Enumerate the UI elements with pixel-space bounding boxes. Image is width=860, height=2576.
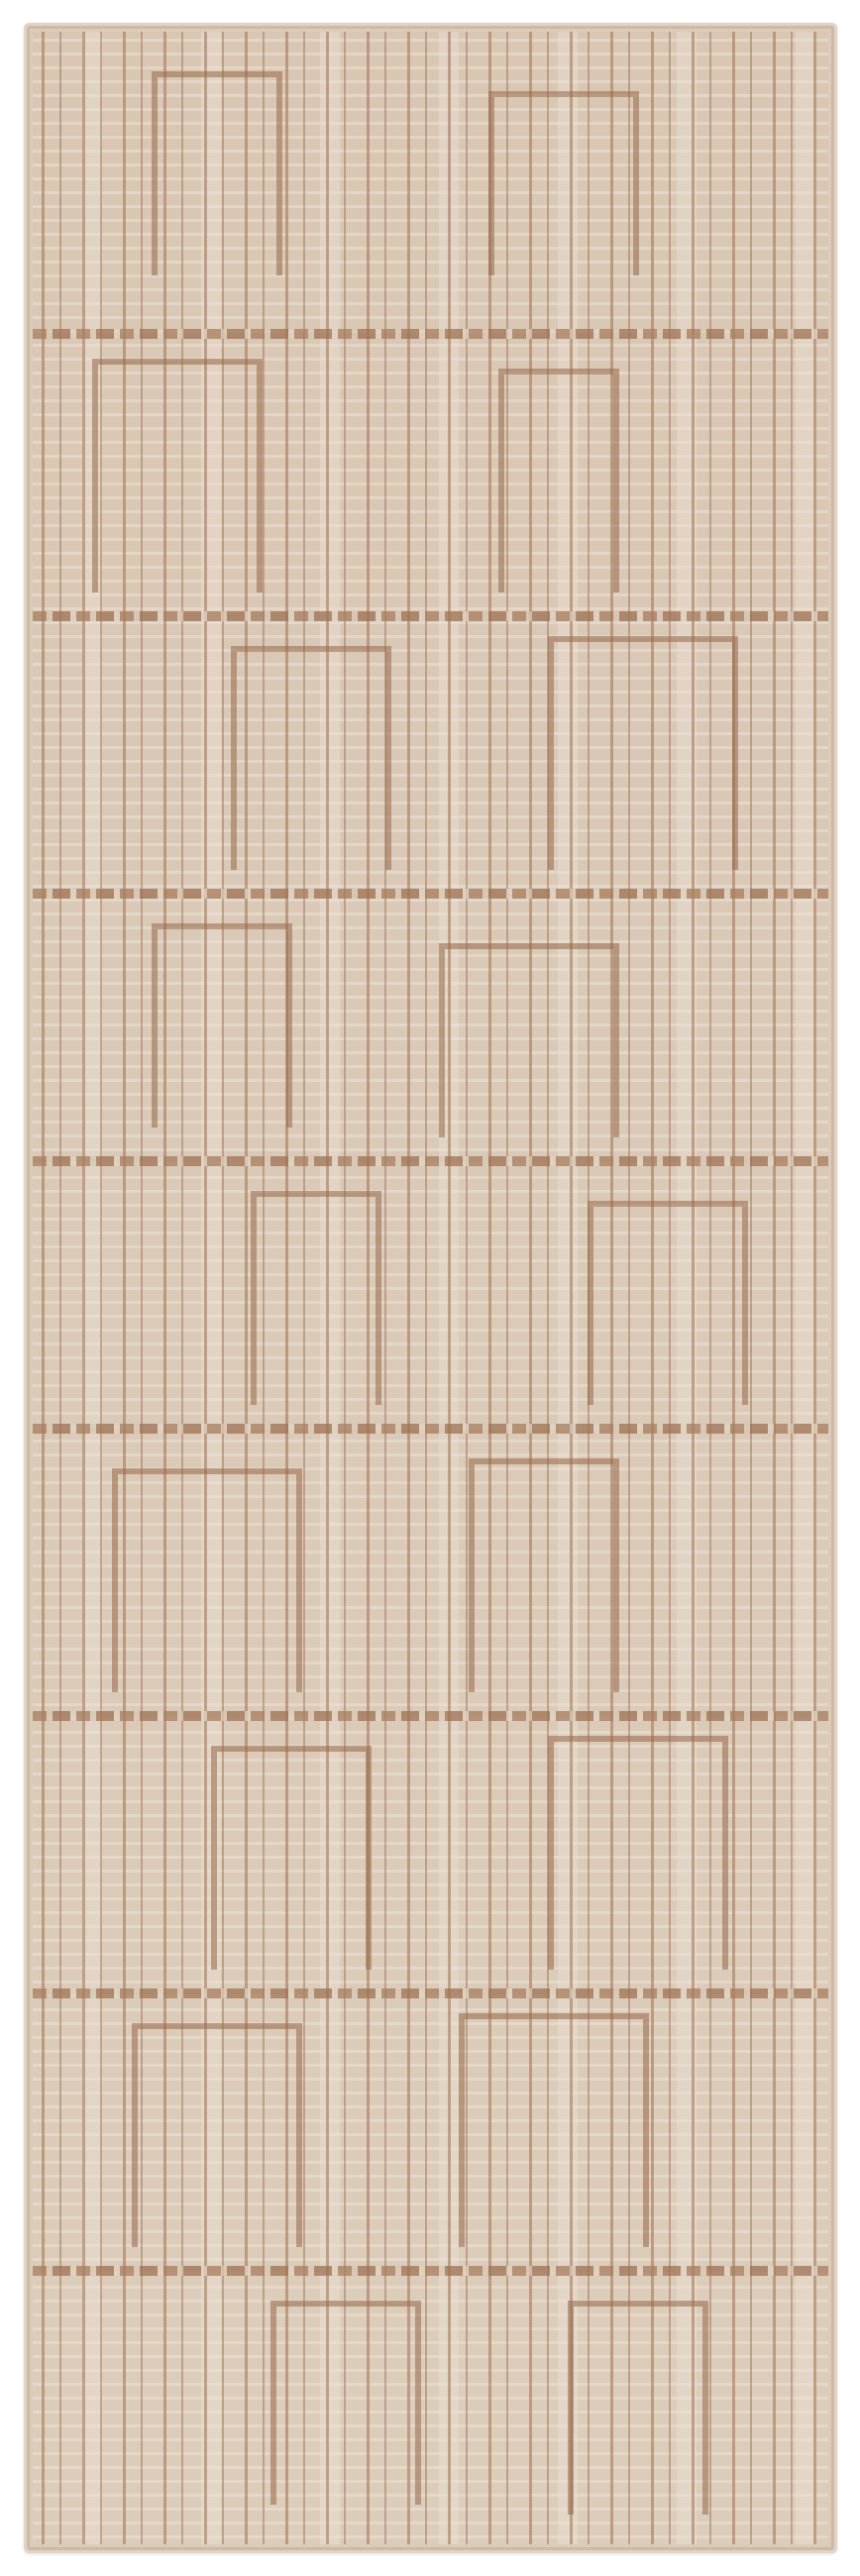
pattern-motif: [488, 91, 639, 275]
rug-field: [33, 32, 828, 2544]
pattern-motif: [459, 2013, 649, 2247]
runner-rug: [24, 23, 837, 2553]
band-separator: [33, 2266, 828, 2276]
band-separator: [33, 611, 828, 621]
pattern-motif: [568, 2301, 708, 2515]
pattern-motif: [112, 1468, 302, 1692]
pattern-motif: [588, 1201, 748, 1405]
pattern-motif: [270, 2301, 421, 2505]
pattern-motif: [231, 646, 391, 870]
pattern-motif: [152, 923, 292, 1127]
band-separator: [33, 889, 828, 899]
pattern-motif: [132, 2023, 302, 2247]
band-separator: [33, 1424, 828, 1434]
pattern-motif: [92, 359, 263, 592]
pattern-motif: [469, 1458, 619, 1692]
band-separator: [33, 1156, 828, 1166]
pattern-motif: [498, 369, 619, 592]
pattern-motif: [439, 943, 619, 1137]
pattern-motif: [211, 1746, 372, 1970]
band-separator: [33, 1711, 828, 1721]
band-separator: [33, 1988, 828, 1998]
pattern-motif: [548, 636, 738, 870]
pattern-motif: [152, 71, 282, 275]
band-separator: [33, 329, 828, 339]
pattern-motif: [251, 1191, 381, 1405]
pattern-motif: [548, 1736, 728, 1970]
